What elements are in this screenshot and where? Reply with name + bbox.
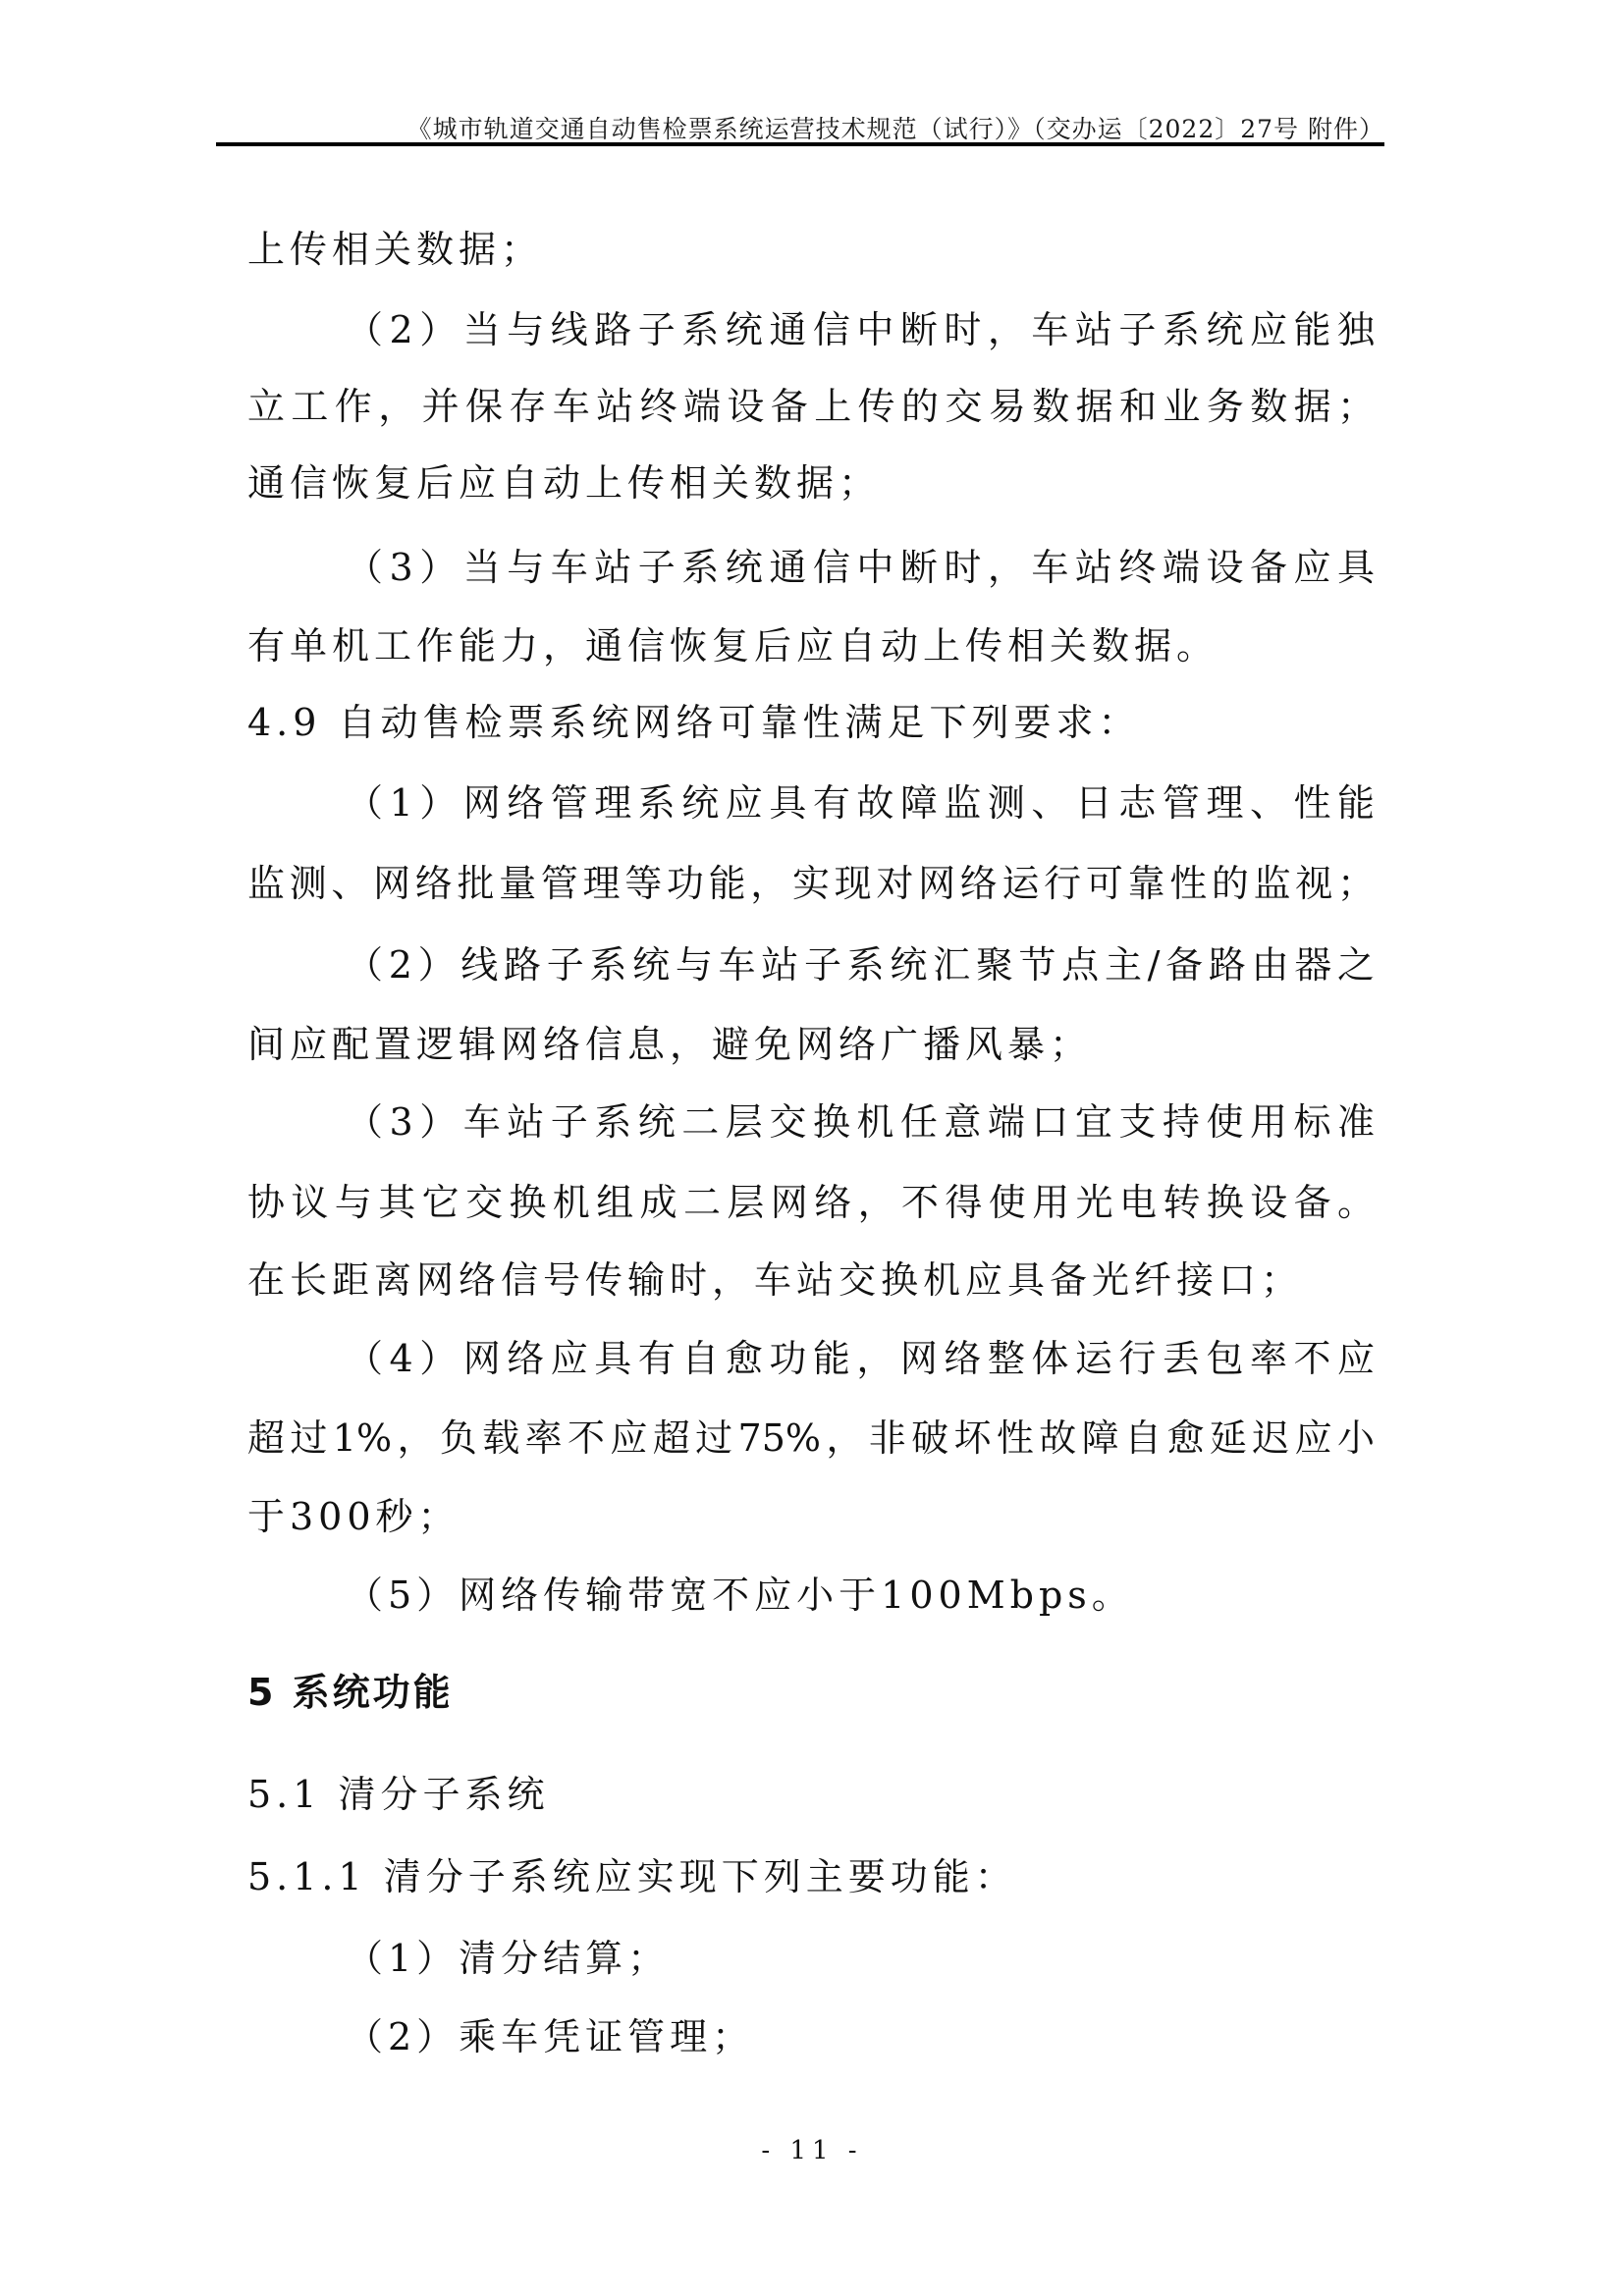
section-heading-5-1: 5.1 清分子系统 <box>247 1767 1375 1822</box>
paragraph-line: 通信恢复后应自动上传相关数据； <box>247 455 1375 510</box>
paragraph-line: 在长距离网络信号传输时，车站交换机应具备光纤接口； <box>247 1253 1375 1308</box>
paragraph-line: 间应配置逻辑网络信息，避免网络广播风暴； <box>247 1017 1375 1072</box>
section-heading-5: 5 系统功能 <box>247 1665 1375 1720</box>
list-item-line: （4）网络应具有自愈功能，网络整体运行丢包率不应 <box>346 1331 1375 1386</box>
list-item-line: （1）网络管理系统应具有故障监测、日志管理、性能 <box>346 775 1375 830</box>
paragraph-line: 上传相关数据； <box>247 222 1375 277</box>
list-item-line: （5）网络传输带宽不应小于100Mbps。 <box>346 1568 1375 1623</box>
paragraph-line: 于300秒； <box>247 1489 1375 1544</box>
paragraph-line: 立工作，并保存车站终端设备上传的交易数据和业务数据； <box>247 379 1375 434</box>
paragraph-line: 协议与其它交换机组成二层网络，不得使用光电转换设备。 <box>247 1175 1375 1230</box>
page-number: - 11 - <box>0 2136 1624 2175</box>
list-item-line: （1）清分结算； <box>346 1931 1375 1986</box>
list-item-line: （3）当与车站子系统通信中断时，车站终端设备应具 <box>346 540 1375 595</box>
list-item-line: （3）车站子系统二层交换机任意端口宜支持使用标准 <box>346 1095 1375 1149</box>
paragraph-line: 超过1%，负载率不应超过75%，非破坏性故障自愈延迟应小 <box>247 1411 1375 1466</box>
list-item-line: （2）当与线路子系统通信中断时，车站子系统应能独 <box>346 302 1375 357</box>
clause-heading-4-9: 4.9 自动售检票系统网络可靠性满足下列要求： <box>247 695 1375 750</box>
header-rule <box>216 142 1384 146</box>
paragraph-line: 监测、网络批量管理等功能，实现对网络运行可靠性的监视； <box>247 856 1375 911</box>
clause-heading-5-1-1: 5.1.1 清分子系统应实现下列主要功能： <box>247 1849 1375 1904</box>
paragraph-line: 有单机工作能力，通信恢复后应自动上传相关数据。 <box>247 618 1375 673</box>
list-item-line: （2）线路子系统与车站子系统汇聚节点主/备路由器之 <box>346 937 1375 992</box>
list-item-line: （2）乘车凭证管理； <box>346 2009 1375 2064</box>
running-header: 《城市轨道交通自动售检票系统运营技术规范（试行）》（交办运〔2022〕27号 附… <box>216 110 1384 145</box>
